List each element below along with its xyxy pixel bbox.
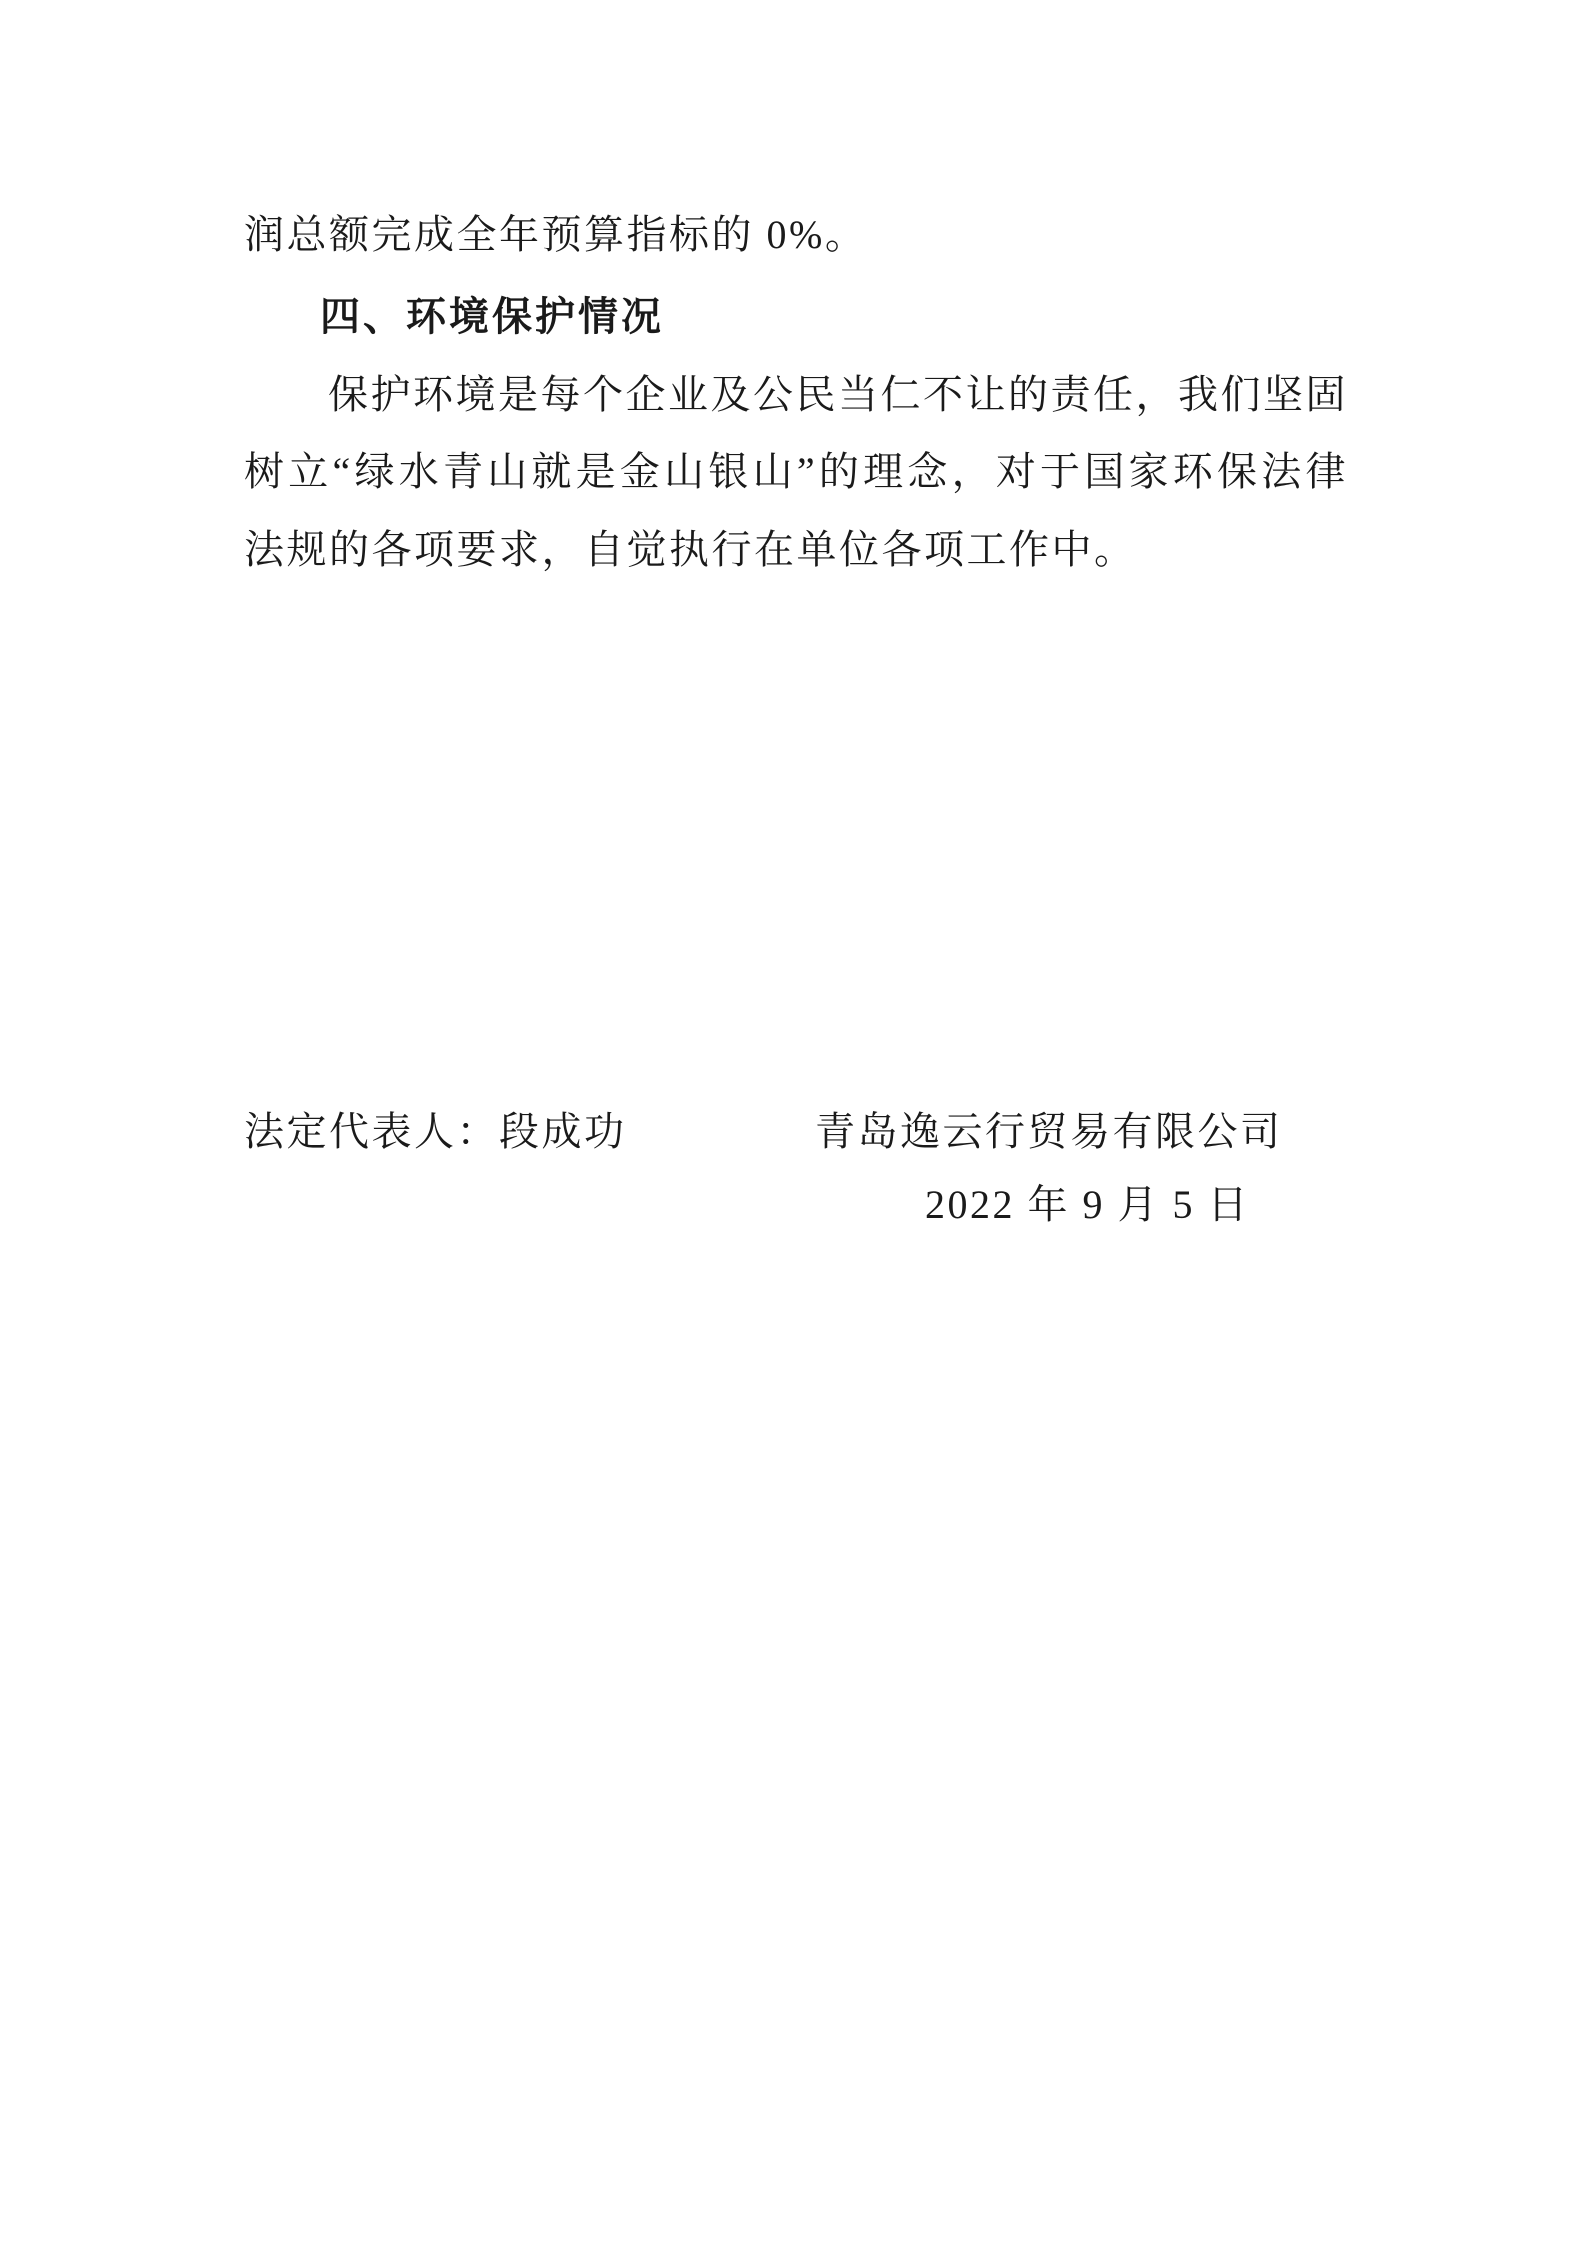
legal-representative-name: 段成功 xyxy=(499,1109,627,1154)
signature-row: 法定代表人：段成功 青岛逸云行贸易有限公司 xyxy=(244,1108,1348,1156)
section-heading-text: 四、环境保护情况 xyxy=(320,295,664,339)
legal-representative-label: 法定代表人： xyxy=(244,1109,499,1154)
document-date: 2022 年 9 月 5 日 xyxy=(925,1181,1345,1229)
paragraph-line-2: 树立“绿水青山就是金山银山”的理念，对于国家环保法律 xyxy=(244,448,1348,496)
section-heading: 四、环境保护情况 xyxy=(244,293,1348,341)
document-page: 润总额完成全年预算指标的 0%。 四、环境保护情况 保护环境是每个企业及公民当仁… xyxy=(0,0,1587,2245)
paragraph-line-3: 法规的各项要求，自觉执行在单位各项工作中。 xyxy=(244,526,1348,574)
paragraph-line-1: 保护环境是每个企业及公民当仁不让的责任，我们坚固 xyxy=(244,371,1348,419)
continuation-line: 润总额完成全年预算指标的 0%。 xyxy=(244,211,1348,259)
company-name: 青岛逸云行贸易有限公司 xyxy=(815,1108,1283,1156)
